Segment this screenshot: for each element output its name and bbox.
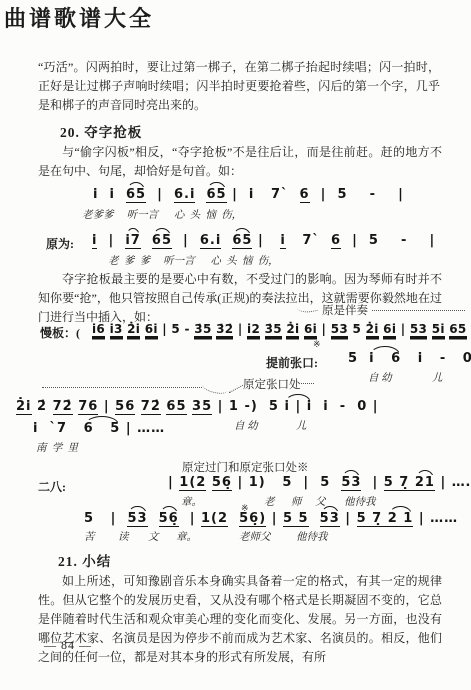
music-line-tiqian: 5 i 6 i - 0 | (348, 351, 471, 366)
dotted-line-tail (301, 383, 314, 384)
lyric-erba1-zhang: 章。 (181, 494, 202, 509)
paragraph-duozi-intro: 与“偷字闪板”相反，“夺字抢板”不是往后让，而是往前赶。赶的地方不是在句中、句尾… (38, 143, 442, 181)
paragraph-duozi-main: 夺字抢板最主要的是要心中有数，不受过门的影响。因为琴师有时并不知你要“抢”，他只… (38, 270, 442, 327)
lyric-erba2-wen: 文 (148, 529, 159, 544)
lyric-erba2-laoshifu: 老师父 (239, 529, 271, 544)
lyric-erba1-shi: 师 (291, 494, 302, 509)
music-line-continuation: i ˋ7 6 5 | …… (33, 421, 165, 436)
page-title: 曲谱歌谱大全 (4, 2, 154, 33)
lyric-nanxueli: 南 学 里 (36, 440, 78, 455)
lyric-erba1-lao: 老 (264, 494, 275, 509)
lyric-erba2-ku: 苦 (84, 529, 95, 544)
paragraph-summary: 如上所述，可知豫剧音乐本身确实具备着一定的格式，有其一定的规律性。但从它整个的发… (38, 572, 442, 667)
label-yuanwei: 原为: (46, 235, 74, 252)
book-page: 曲谱歌谱大全 “巧活”。闪两拍时，要让过第一梆子，在第二梆子抬起时续唱；闪一拍时… (0, 0, 471, 690)
music-line-erba-1: | 1(2 56̣ | 1) 5 | 5 53 | 5 7̣ 21 | …… (168, 475, 471, 491)
label-tiqian-zhangkou: 提前张口: (266, 354, 318, 371)
section-heading-21: 21. 小结 (58, 550, 111, 570)
dotted-line-right (372, 310, 465, 311)
lyric-erba2-du: 读 (118, 529, 129, 544)
lyric-erba1-tadaiwo: 他待我 (344, 494, 376, 509)
lyric-line-1: 老爹爹 听一言 心 头 恼 伤， (82, 207, 242, 222)
section-heading-20: 20. 夺字抢板 (60, 121, 142, 141)
music-line-original: i | i7 65 | 6.i 65 | i 7ˋ 6 | 5 - | (92, 233, 435, 249)
lyric-er-b: 儿 (296, 418, 307, 433)
page-number: — 84 — (44, 638, 92, 653)
asterisk-mark-manban: ※ (313, 339, 321, 350)
annotation-yuanshi-banzou: 原是伴奏 (322, 302, 368, 318)
lyric-ziyou-a: 自 幼 (368, 370, 392, 385)
dotted-connector-long (42, 387, 202, 388)
music-line-erba-2: 5 | 53 56̣ | 1(2 56̣) | 5 5 53 | 5 7̣ 2 … (84, 511, 458, 527)
music-line-example: i i 65 | 6.i 65 | i 7ˋ 6 | 5 - | (93, 187, 404, 203)
lyric-erba2-tadaiwo: 他待我 (296, 529, 328, 544)
dotted-upstroke (225, 378, 243, 393)
lyric-erba2-zhang: 章。 (176, 529, 197, 544)
dotted-curve-droop (201, 379, 229, 396)
label-manban: 慢板：( (40, 324, 80, 341)
label-erba: 二八: (38, 478, 66, 495)
lyric-line-2: 老 爹 爹 听一言 心 头 恼 伤， (108, 253, 279, 268)
music-line-manban: i6 i3 2̇i 6i | 5 - 3̇5 3̇2̇ | i2 3̇5 2̇i… (92, 322, 471, 337)
annotation-yuanding-zhangkou: 原定张口处 (243, 376, 301, 392)
lyric-er-a: 儿 (432, 370, 443, 385)
music-line-insert: 2̇i 2̇ 72̇ 76 | 56 72̇ 65 35 | 1 -) 5 i … (16, 399, 379, 415)
annotation-guomen: 原定过门和原定张口处※ (182, 459, 309, 475)
lyric-ziyou-b: 自 幼 (234, 418, 258, 433)
paragraph-qiaohuo: “巧活”。闪两拍时，要让过第一梆子，在第二梆子抬起时续唱；闪一拍时，正好是让过梆… (38, 58, 440, 115)
